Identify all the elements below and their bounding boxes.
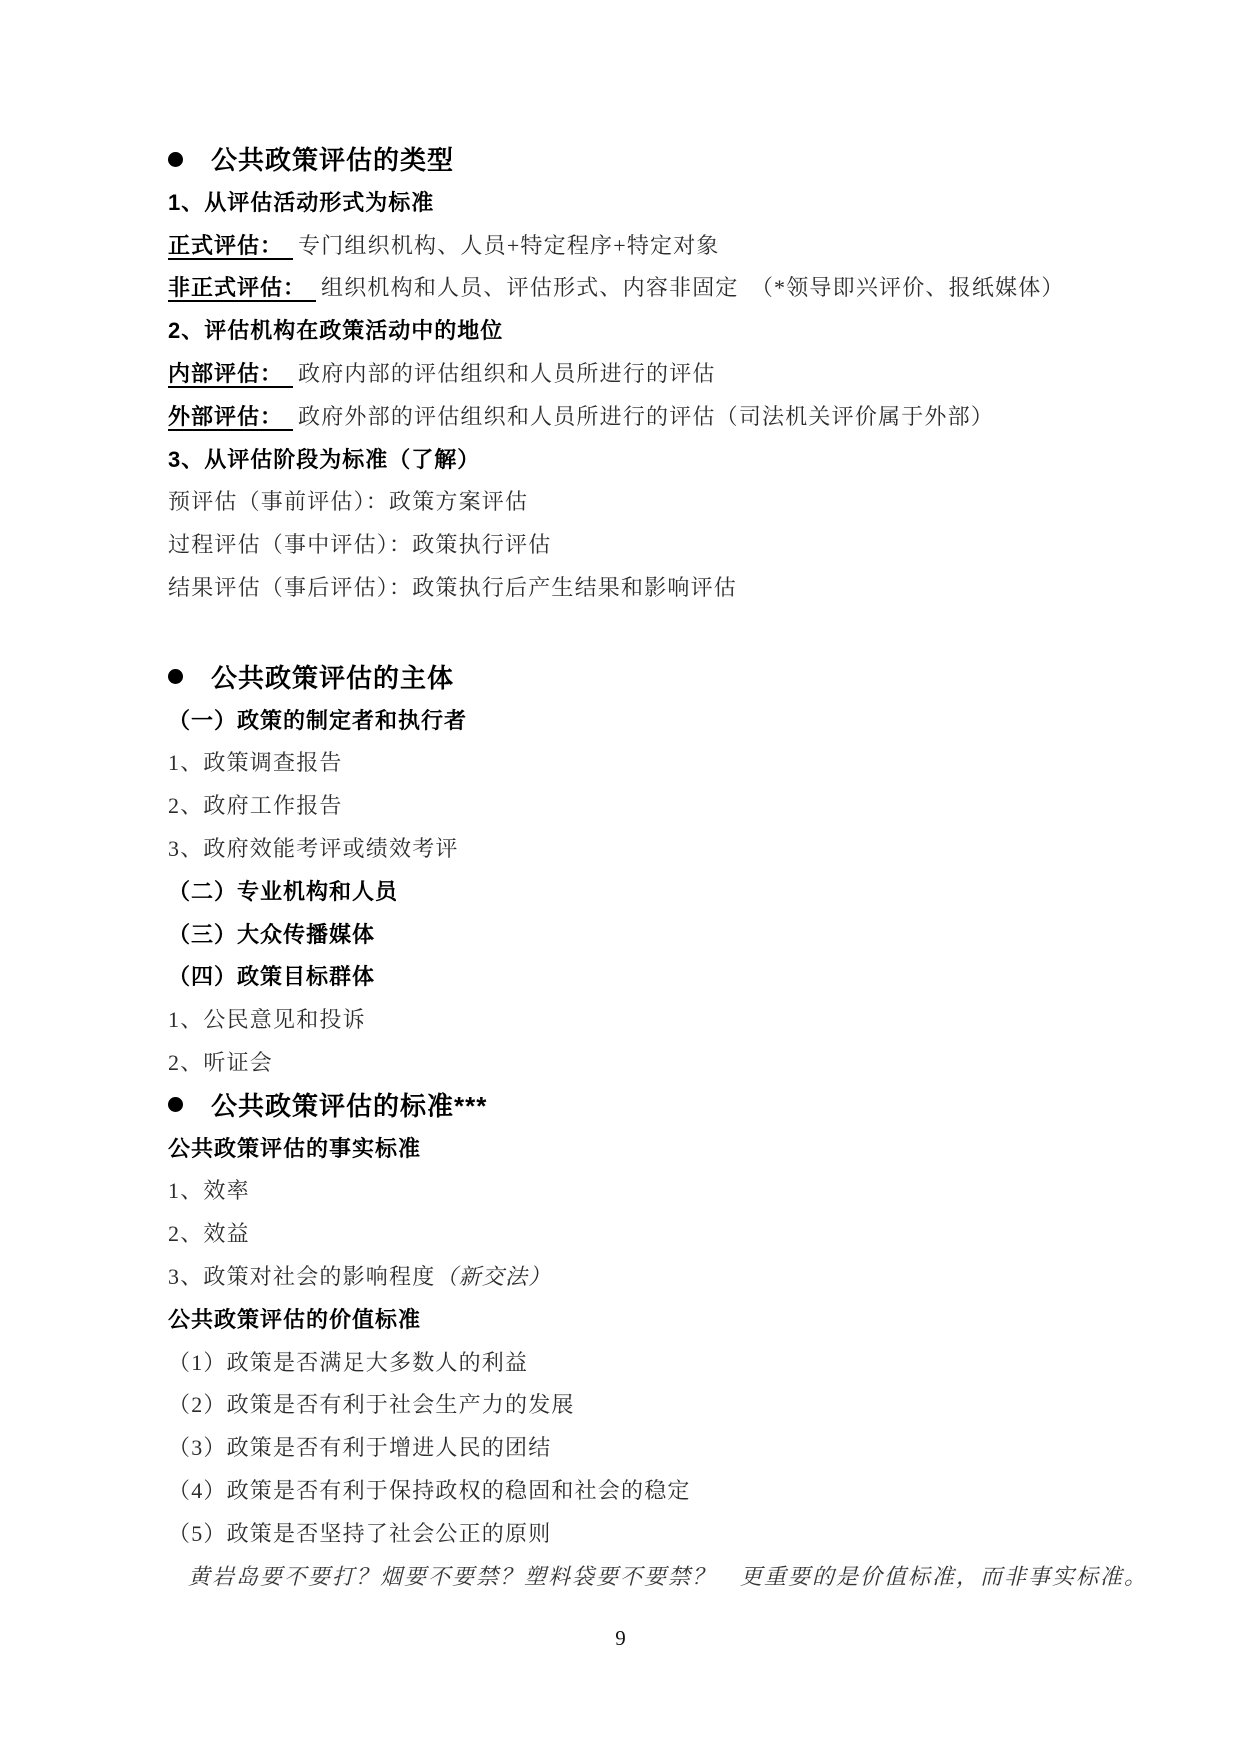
term-label: 外部评估： [168,404,293,431]
list-item: （4）政策是否有利于保持政权的稳固和社会的稳定 [168,1470,1148,1513]
term-line-external: 外部评估：政府外部的评估组织和人员所进行的评估（司法机关评价属于外部） [168,396,1148,439]
term-line-formal: 正式评估：专门组织机构、人员+特定程序+特定对象 [168,225,1148,268]
document-page: 公共政策评估的类型 1、从评估活动形式为标准 正式评估：专门组织机构、人员+特定… [0,0,1241,1754]
term-label: 正式评估： [168,233,293,260]
list-item-text: 3、政策对社会的影响程度 [168,1264,435,1289]
section-1-heading: 公共政策评估的类型 [168,139,1148,182]
section-3-subheading-1: 公共政策评估的事实标准 [168,1128,1148,1171]
term-label: 非正式评估： [168,275,316,302]
section-2-heading-text: 公共政策评估的主体 [211,663,454,693]
list-item: 3、政府效能考评或绩效考评 [168,828,1148,871]
term-text: 政府内部的评估组织和人员所进行的评估 [298,361,716,386]
bullet-icon [168,1097,183,1112]
document-content: 公共政策评估的类型 1、从评估活动形式为标准 正式评估：专门组织机构、人员+特定… [168,139,1148,1598]
list-item: 2、听证会 [168,1042,1148,1085]
section-1-subheading-2: 2、评估机构在政策活动中的地位 [168,310,1148,353]
term-text: 政府外部的评估组织和人员所进行的评估（司法机关评价属于外部） [298,404,994,429]
section-3-subheading-2: 公共政策评估的价值标准 [168,1299,1148,1342]
section-3-heading: 公共政策评估的标准*** [168,1085,1148,1128]
list-item: 1、效率 [168,1170,1148,1213]
section-2-heading: 公共政策评估的主体 [168,657,1148,700]
list-item: （2）政策是否有利于社会生产力的发展 [168,1384,1148,1427]
list-item: 1、政策调查报告 [168,742,1148,785]
section-3-heading-text: 公共政策评估的标准*** [211,1091,487,1121]
list-item-with-note: 3、政策对社会的影响程度（新交法） [168,1256,1148,1299]
section-2-subheading-3: （三）大众传播媒体 [168,914,1148,957]
section-2-subheading-4: （四）政策目标群体 [168,956,1148,999]
inline-note: （新交法） [435,1264,551,1289]
section-1-subheading-3: 3、从评估阶段为标准（了解） [168,439,1148,482]
bullet-icon [168,669,183,684]
term-line-internal: 内部评估：政府内部的评估组织和人员所进行的评估 [168,353,1148,396]
section-2-subheading-1: （一）政策的制定者和执行者 [168,700,1148,743]
list-item: 1、公民意见和投诉 [168,999,1148,1042]
list-item: 2、政府工作报告 [168,785,1148,828]
section-1-subheading-1: 1、从评估活动形式为标准 [168,182,1148,225]
term-line-informal: 非正式评估：组织机构和人员、评估形式、内容非固定 （*领导即兴评价、报纸媒体） [168,267,1148,310]
section-gap [168,610,1148,657]
section-2-subheading-2: （二）专业机构和人员 [168,871,1148,914]
bullet-icon [168,152,183,167]
page-number: 9 [0,1622,1241,1654]
term-text: 组织机构和人员、评估形式、内容非固定 （*领导即兴评价、报纸媒体） [321,275,1065,300]
section-1-heading-text: 公共政策评估的类型 [211,145,454,175]
term-text: 专门组织机构、人员+特定程序+特定对象 [298,233,720,258]
italic-footnote: 黄岩岛要不要打？烟要不要禁？塑料袋要不要禁？ 更重要的是价值标准，而非事实标准。 [168,1556,1148,1599]
list-item: 预评估（事前评估）：政策方案评估 [168,481,1148,524]
list-item: 2、效益 [168,1213,1148,1256]
list-item: 过程评估（事中评估）：政策执行评估 [168,524,1148,567]
list-item: 结果评估（事后评估）：政策执行后产生结果和影响评估 [168,567,1148,610]
list-item: （5）政策是否坚持了社会公正的原则 [168,1513,1148,1556]
list-item: （1）政策是否满足大多数人的利益 [168,1342,1148,1385]
list-item: （3）政策是否有利于增进人民的团结 [168,1427,1148,1470]
term-label: 内部评估： [168,361,293,388]
